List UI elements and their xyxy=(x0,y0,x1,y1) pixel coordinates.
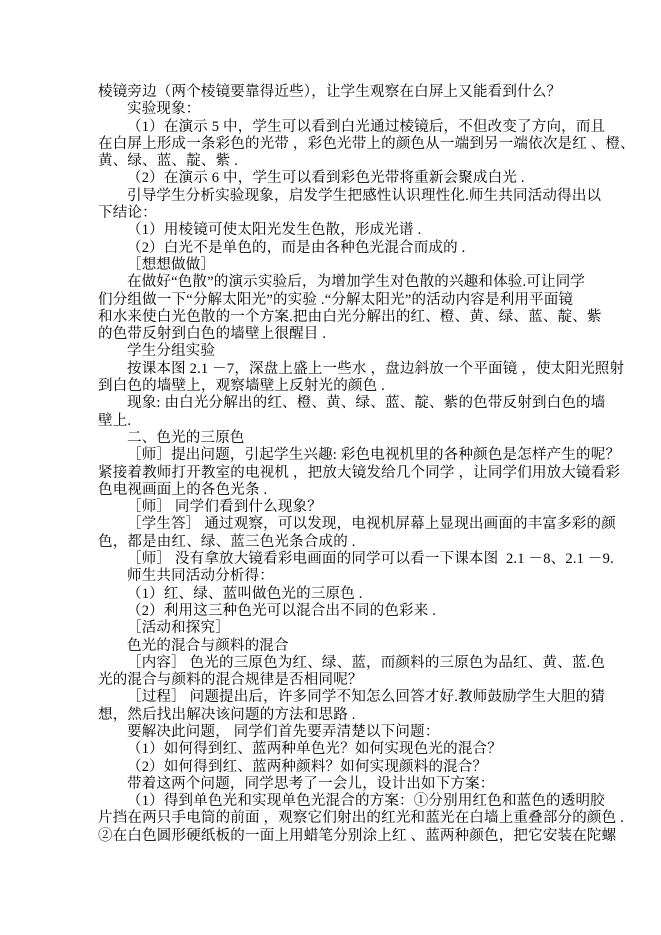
text-line: 按课本图 2.1 －7，深盘上盛上一些水 ，盘边斜放一个平面镜 ，使太阳光照射 xyxy=(98,361,565,378)
text-line: 壁上. xyxy=(98,413,565,430)
text-line: 紧接着教师打开教室的电视机 ，把放大镜发给几个同学 ，让同学们用放大镜看彩 xyxy=(98,465,565,482)
text-line: ［想想做做］ xyxy=(98,257,565,274)
text-line: ［师］提出问题，引起学生兴趣: 彩色电视机里的各种颜色是怎样产生的呢？ xyxy=(98,447,565,464)
text-line: 棱镜旁边（两个棱镜要靠得近些），让学生观察在白屏上又能看到什么？ xyxy=(98,84,565,101)
text-line: ［内容］ 色光的三原色为红、绿、蓝，而颜料的三原色为品红、黄、蓝.色 xyxy=(98,655,565,672)
text-line: 在白屏上形成一条彩色的光带 ，彩色光带上的颜色从一端到另一端依次是红 、橙、 xyxy=(98,136,565,153)
text-line: 现象: 由白光分解出的红、橙、黄、绿、蓝、靛、紫的色带反射到白色的墙 xyxy=(98,395,565,412)
text-line: 色电视画面上的各色光条 . xyxy=(98,482,565,499)
text-line: （2）白光不是单色的，而是由各种色光混合而成的 . xyxy=(98,240,565,257)
text-line: （1）如何得到红、蓝两种单色光？如何实现色光的混合？ xyxy=(98,741,565,758)
text-line: ［师］ 没有拿放大镜看彩电画面的同学可以看一下课本图 2.1 －8、2.1 －9… xyxy=(98,551,565,568)
text-line: 的色带反射到白色的墙壁上很醒目 . xyxy=(98,326,565,343)
text-line: 二、色光的三原色 xyxy=(98,430,565,447)
text-line: （1）红、绿、蓝叫做色光的三原色 . xyxy=(98,586,565,603)
text-line: 色，都是由红、绿、蓝三色光条合成的 . xyxy=(98,534,565,551)
text-line: 到白色的墙壁上，观察墙壁上反射光的颜色 . xyxy=(98,378,565,395)
text-line: （2）在演示 6 中，学生可以看到彩色光带将重新会聚成白光 . xyxy=(98,170,565,187)
text-line: （2）如何得到红、蓝两种颜料？如何实现颜料的混合？ xyxy=(98,759,565,776)
text-line: （1）在演示 5 中，学生可以看到白光通过棱镜后，不但改变了方向，而且 xyxy=(98,119,565,136)
text-line: （2）利用这三种色光可以混合出不同的色彩来 . xyxy=(98,603,565,620)
text-line: 想，然后找出解决该问题的方法和思路 . xyxy=(98,707,565,724)
text-line: 和水来使白光色散的一个方案.把由白光分解出的红、橙、黄、绿、蓝、靛、紫 xyxy=(98,309,565,326)
text-line: 要解决此问题， 同学们首先要弄清楚以下问题： xyxy=(98,724,565,741)
text-line: 色光的混合与颜料的混合 xyxy=(98,638,565,655)
text-line: 学生分组实验 xyxy=(98,343,565,360)
text-line: 光的混合与颜料的混合规律是否相同呢？ xyxy=(98,672,565,689)
text-line: 下结论： xyxy=(98,205,565,222)
text-line: 片挡在两只手电筒的前面 ，观察它们射出的红光和蓝光在白墙上重叠部分的颜色 . xyxy=(98,810,565,827)
text-line: 带着这两个问题，同学思考了一会儿，设计出如下方案： xyxy=(98,776,565,793)
text-line: ［学生答］ 通过观察，可以发现，电视机屏幕上显现出画面的丰富多彩的颜 xyxy=(98,516,565,533)
text-line: （1）得到单色光和实现单色光混合的方案：①分别用红色和蓝色的透明胶 xyxy=(98,793,565,810)
text-line: ［过程］ 问题提出后，许多同学不知怎么回答才好.教师鼓励学生大胆的猜 xyxy=(98,689,565,706)
text-line: 黄、绿、蓝、靛、紫 . xyxy=(98,153,565,170)
text-line: 在做好“色散”的演示实验后，为增加学生对色散的兴趣和体验.可让同学 xyxy=(98,274,565,291)
document-page: 棱镜旁边（两个棱镜要靠得近些），让学生观察在白屏上又能看到什么？实验现象：（1）… xyxy=(0,0,661,935)
text-line: ［师］ 同学们看到什么现象？ xyxy=(98,499,565,516)
text-line: ②在白色圆形硬纸板的一面上用蜡笔分别涂上红 、蓝两种颜色，把它安装在陀螺 xyxy=(98,828,565,845)
text-line: （1）用棱镜可使太阳光发生色散，形成光谱 . xyxy=(98,222,565,239)
text-line: 引导学生分析实验现象，启发学生把感性认识理性化.师生共同活动得出以 xyxy=(98,188,565,205)
text-line: ［活动和探究］ xyxy=(98,620,565,637)
text-line: 师生共同活动分析得： xyxy=(98,568,565,585)
text-block: 棱镜旁边（两个棱镜要靠得近些），让学生观察在白屏上又能看到什么？实验现象：（1）… xyxy=(98,84,565,845)
text-line: 们分组做一下“分解太阳光”的实验 .“分解太阳光”的活动内容是利用平面镜 xyxy=(98,292,565,309)
text-line: 实验现象： xyxy=(98,101,565,118)
